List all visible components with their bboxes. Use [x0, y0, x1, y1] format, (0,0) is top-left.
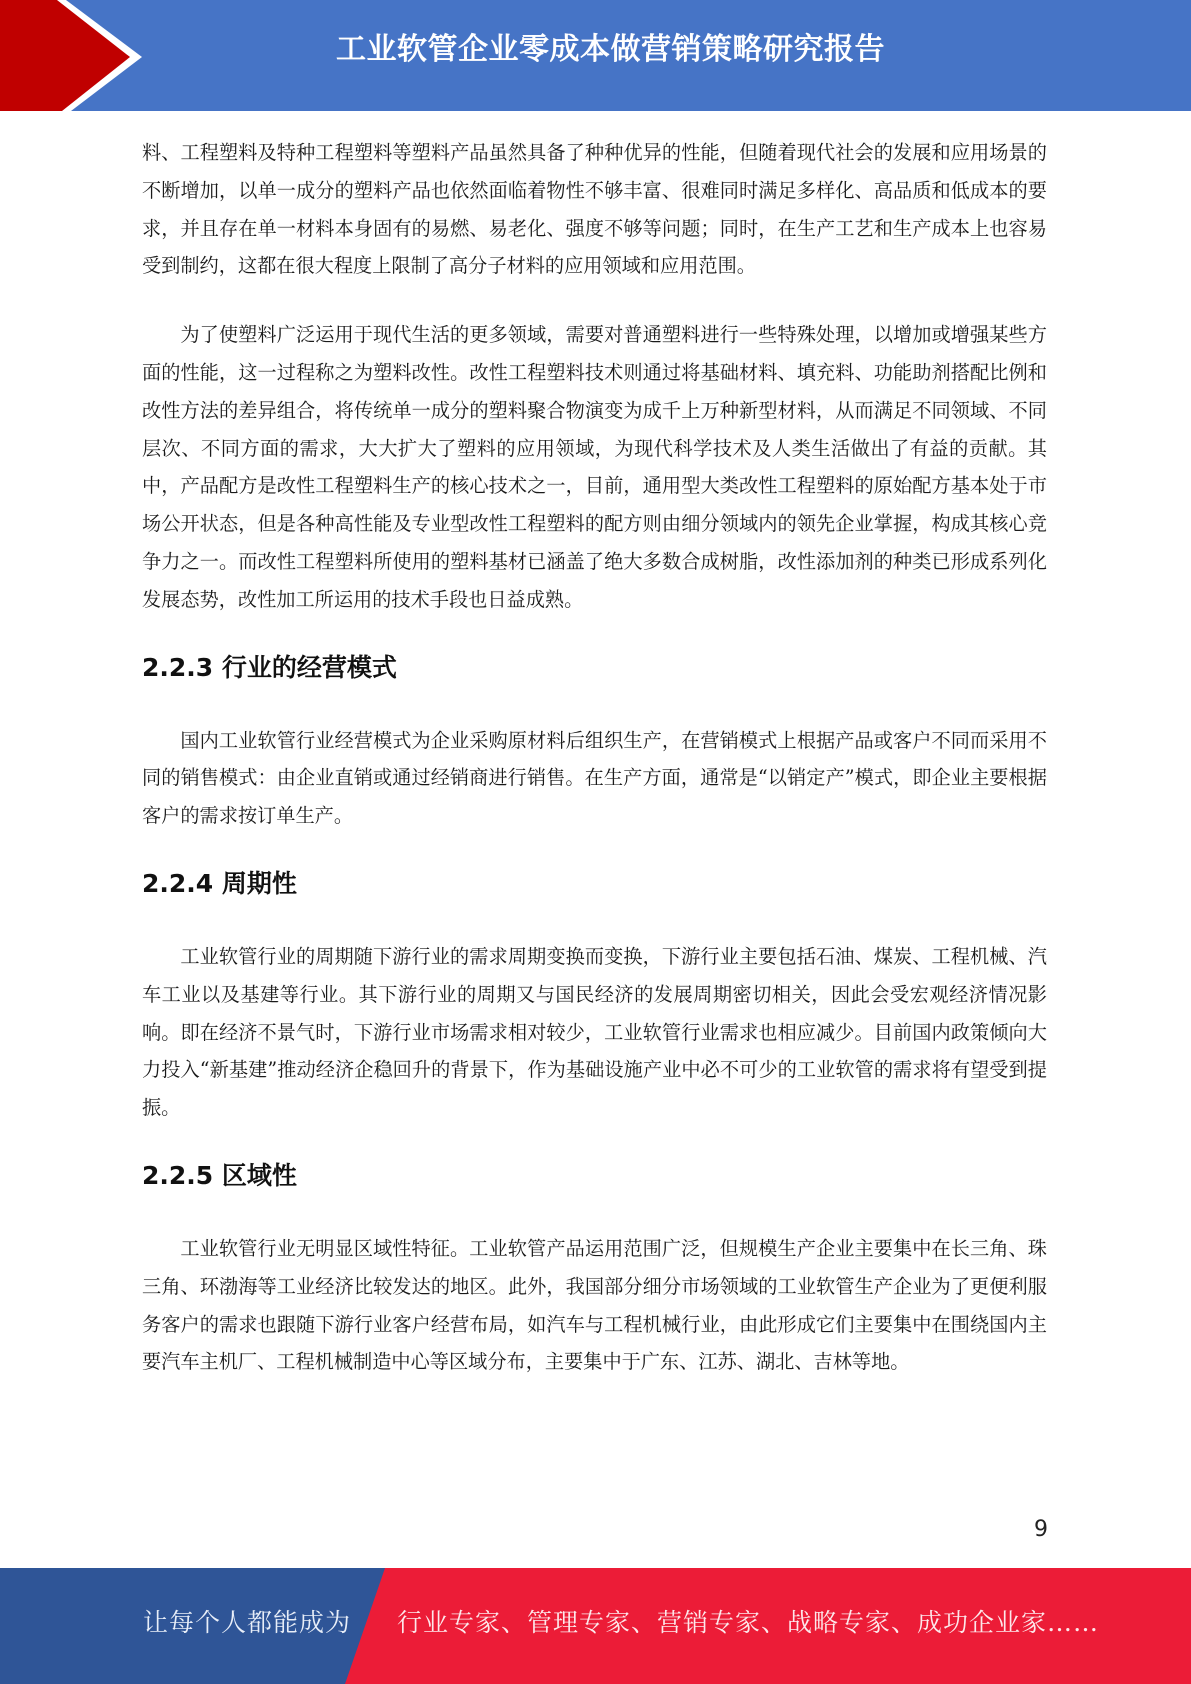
paragraph-cyclicality: 工业软管行业的周期随下游行业的需求周期变换而变换，下游行业主要包括石油、煤炭、工…: [142, 938, 1047, 1127]
report-title: 工业软管企业零成本做营销策略研究报告: [0, 28, 1191, 72]
section-heading-cyclicality: 2.2.4 周期性: [142, 866, 1047, 902]
footer-slogan-right: 行业专家、管理专家、营销专家、战略专家、成功企业家……: [397, 1605, 1099, 1641]
paragraph-plastic-modification: 为了使塑料广泛运用于现代生活的更多领域，需要对普通塑料进行一些特殊处理，以增加或…: [142, 316, 1047, 618]
paragraph-continued: 料、工程塑料及特种工程塑料等塑料产品虽然具备了种种优异的性能，但随着现代社会的发…: [142, 134, 1047, 285]
section-heading-business-model: 2.2.3 行业的经营模式: [142, 650, 1047, 686]
header-banner: 工业软管企业零成本做营销策略研究报告: [0, 0, 1191, 111]
section-heading-regionality: 2.2.5 区域性: [142, 1158, 1047, 1194]
paragraph-business-model: 国内工业软管行业经营模式为企业采购原材料后组织生产，在营销模式上根据产品或客户不…: [142, 722, 1047, 835]
paragraph-regionality: 工业软管行业无明显区域性特征。工业软管产品运用范围广泛，但规模生产企业主要集中在…: [142, 1230, 1047, 1381]
footer-banner: 让每个人都能成为 行业专家、管理专家、营销专家、战略专家、成功企业家……: [0, 1568, 1191, 1684]
page-number: 9: [1034, 1517, 1048, 1542]
document-body: 料、工程塑料及特种工程塑料等塑料产品虽然具备了种种优异的性能，但随着现代社会的发…: [142, 134, 1047, 1412]
footer-slogan-left: 让每个人都能成为: [143, 1605, 351, 1641]
